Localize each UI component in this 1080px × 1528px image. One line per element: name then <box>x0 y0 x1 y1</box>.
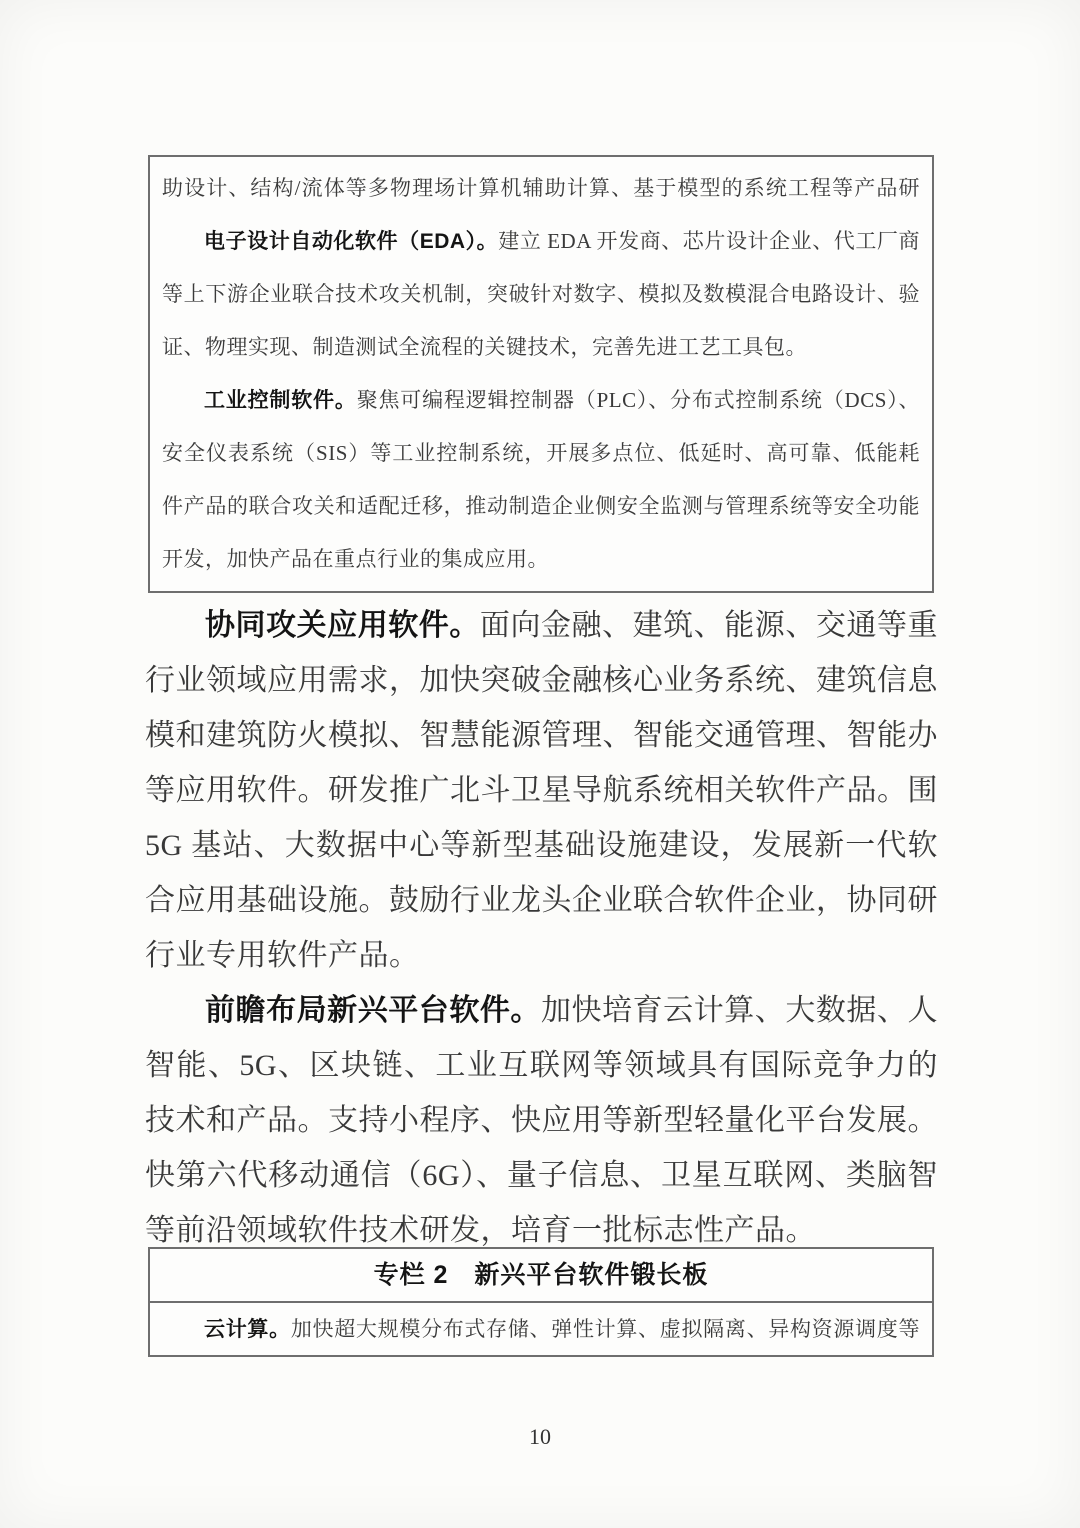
line-text: 等前沿领域软件技术研发，培育一批标志性产品。 <box>145 1214 816 1247</box>
column2-title: 专栏 2 新兴平台软件锻长板 <box>150 1249 932 1303</box>
text-line: 证、物理实现、制造测试全流程的关键技术，完善先进工艺工具包。 <box>162 321 920 374</box>
text-line: 行业专用软件产品。 <box>145 928 938 983</box>
page-footer: 10 <box>0 1424 1080 1450</box>
line-text: 行业领域应用需求，加快突破金融核心业务系统、建筑信息建 <box>145 664 938 708</box>
text-line: 模和建筑防火模拟、智慧能源管理、智能交通管理、智能办公 <box>145 708 938 763</box>
line-text: 助设计、结构/流体等多物理场计算机辅助计算、基于模型的系统工程等产品研发。 <box>162 176 920 215</box>
line-text: 聚焦可编程逻辑控制器（PLC）、分布式控制系统（DCS）、 <box>357 388 920 412</box>
line-text: 证、物理实现、制造测试全流程的关键技术，完善先进工艺工具包。 <box>162 335 807 359</box>
text-line: 等应用软件。研发推广北斗卫星导航系统相关软件产品。围绕 <box>145 763 938 818</box>
text-line: 快第六代移动通信（6G）、量子信息、卫星互联网、类脑智能 <box>145 1148 938 1203</box>
text-line: 技术和产品。支持小程序、快应用等新型轻量化平台发展。加 <box>145 1093 938 1148</box>
line-text: 模和建筑防火模拟、智慧能源管理、智能交通管理、智能办公 <box>145 719 938 763</box>
body-lines: 协同攻关应用软件。面向金融、建筑、能源、交通等重点行业领域应用需求，加快突破金融… <box>145 598 938 1258</box>
text-line: 安全仪表系统（SIS）等工业控制系统，开展多点位、低延时、高可靠、低能耗软 <box>162 427 920 480</box>
column2-box: 专栏 2 新兴平台软件锻长板 云计算。加快超大规模分布式存储、弹性计算、虚拟隔离… <box>148 1247 934 1357</box>
text-line: 云计算。加快超大规模分布式存储、弹性计算、虚拟隔离、异构资源调度等 <box>150 1303 932 1355</box>
line-text: 5G 基站、大数据中心等新型基础设施建设，发展新一代软件融 <box>145 829 938 873</box>
text-line: 电子设计自动化软件（EDA）。建立 EDA 开发商、芯片设计企业、代工厂商 <box>162 215 920 268</box>
page-number: 10 <box>529 1424 551 1449</box>
callout-box-lines: 助设计、结构/流体等多物理场计算机辅助计算、基于模型的系统工程等产品研发。电子设… <box>162 162 920 586</box>
text-line: 行业领域应用需求，加快突破金融核心业务系统、建筑信息建 <box>145 653 938 708</box>
line-text: 合应用基础设施。鼓励行业龙头企业联合软件企业，协同研发 <box>145 884 938 928</box>
line-text: 开发，加快产品在重点行业的集成应用。 <box>162 547 549 571</box>
text-line: 前瞻布局新兴平台软件。加快培育云计算、大数据、人工 <box>145 983 938 1038</box>
text-line: 开发，加快产品在重点行业的集成应用。 <box>162 533 920 586</box>
line-text: 等应用软件。研发推广北斗卫星导航系统相关软件产品。围绕 <box>145 774 938 818</box>
text-line: 协同攻关应用软件。面向金融、建筑、能源、交通等重点 <box>145 598 938 653</box>
line-text: 件产品的联合攻关和适配迁移，推动制造企业侧安全监测与管理系统等安全功能 <box>162 494 920 518</box>
text-line: 合应用基础设施。鼓励行业龙头企业联合软件企业，协同研发 <box>145 873 938 928</box>
bold-lead: 前瞻布局新兴平台软件。 <box>205 994 541 1027</box>
text-line: 5G 基站、大数据中心等新型基础设施建设，发展新一代软件融 <box>145 818 938 873</box>
text-line: 智能、5G、区块链、工业互联网等领域具有国际竞争力的软件 <box>145 1038 938 1093</box>
line-text: 等上下游企业联合技术攻关机制，突破针对数字、模拟及数模混合电路设计、验 <box>162 282 920 306</box>
document-page: 助设计、结构/流体等多物理场计算机辅助计算、基于模型的系统工程等产品研发。电子设… <box>0 0 1080 1528</box>
text-line: 助设计、结构/流体等多物理场计算机辅助计算、基于模型的系统工程等产品研发。 <box>162 162 920 215</box>
text-line: 工业控制软件。聚焦可编程逻辑控制器（PLC）、分布式控制系统（DCS）、 <box>162 374 920 427</box>
bold-lead: 协同攻关应用软件。 <box>205 609 480 642</box>
line-text: 技术和产品。支持小程序、快应用等新型轻量化平台发展。加 <box>145 1104 938 1148</box>
text-line: 件产品的联合攻关和适配迁移，推动制造企业侧安全监测与管理系统等安全功能 <box>162 480 920 533</box>
line-text: 安全仪表系统（SIS）等工业控制系统，开展多点位、低延时、高可靠、低能耗软 <box>162 441 920 480</box>
body-paragraphs: 协同攻关应用软件。面向金融、建筑、能源、交通等重点行业领域应用需求，加快突破金融… <box>145 598 938 1258</box>
line-text: 智能、5G、区块链、工业互联网等领域具有国际竞争力的软件 <box>145 1049 938 1093</box>
line-text: 建立 EDA 开发商、芯片设计企业、代工厂商 <box>498 229 920 253</box>
bold-lead: 电子设计自动化软件（EDA）。 <box>204 230 498 253</box>
line-text: 加快超大规模分布式存储、弹性计算、虚拟隔离、异构资源调度等 <box>291 1317 920 1341</box>
bold-lead: 云计算。 <box>204 1318 291 1341</box>
line-text: 快第六代移动通信（6G）、量子信息、卫星互联网、类脑智能 <box>145 1159 938 1203</box>
line-text: 行业专用软件产品。 <box>145 939 420 972</box>
callout-box-industrial-software: 助设计、结构/流体等多物理场计算机辅助计算、基于模型的系统工程等产品研发。电子设… <box>148 155 934 593</box>
text-line: 等上下游企业联合技术攻关机制，突破针对数字、模拟及数模混合电路设计、验 <box>162 268 920 321</box>
bold-lead: 工业控制软件。 <box>204 389 357 412</box>
column2-rows: 云计算。加快超大规模分布式存储、弹性计算、虚拟隔离、异构资源调度等 <box>150 1303 932 1355</box>
